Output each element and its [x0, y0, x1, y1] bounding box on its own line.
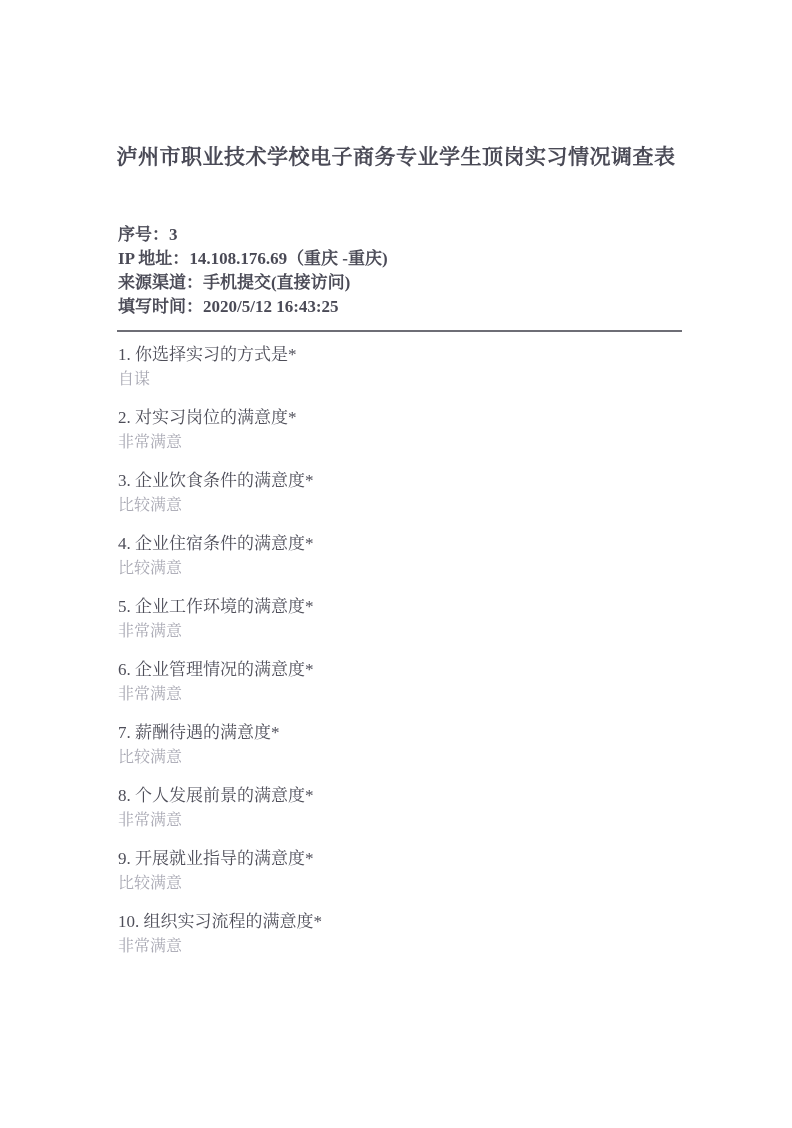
question-label: 6. 企业管理情况的满意度* — [118, 660, 792, 680]
question-item: 5. 企业工作环境的满意度* 非常满意 — [118, 597, 792, 641]
question-label: 7. 薪酬待遇的满意度* — [118, 723, 792, 743]
question-answer: 比较满意 — [118, 559, 792, 578]
question-item: 10. 组织实习流程的满意度* 非常满意 — [118, 912, 792, 956]
meta-time-value: 2020/5/12 16:43:25 — [203, 297, 339, 316]
meta-source-label: 来源渠道： — [118, 273, 203, 292]
question-label: 9. 开展就业指导的满意度* — [118, 849, 792, 869]
question-item: 2. 对实习岗位的满意度* 非常满意 — [118, 408, 792, 452]
question-answer: 比较满意 — [118, 496, 792, 515]
question-item: 4. 企业住宿条件的满意度* 比较满意 — [118, 534, 792, 578]
question-answer: 比较满意 — [118, 748, 792, 767]
question-answer: 非常满意 — [118, 937, 792, 956]
question-answer: 非常满意 — [118, 622, 792, 641]
question-answer: 非常满意 — [118, 811, 792, 830]
question-label: 10. 组织实习流程的满意度* — [118, 912, 792, 932]
question-answer: 自谋 — [118, 370, 792, 389]
question-label: 2. 对实习岗位的满意度* — [118, 408, 792, 428]
question-item: 6. 企业管理情况的满意度* 非常满意 — [118, 660, 792, 704]
question-label: 8. 个人发展前景的满意度* — [118, 786, 792, 806]
question-item: 7. 薪酬待遇的满意度* 比较满意 — [118, 723, 792, 767]
question-label: 4. 企业住宿条件的满意度* — [118, 534, 792, 554]
question-answer: 比较满意 — [118, 874, 792, 893]
meta-ip-address: IP 地址：14.108.176.69（重庆 -重庆) — [118, 247, 792, 271]
meta-serial-value: 3 — [169, 225, 178, 244]
question-answer: 非常满意 — [118, 685, 792, 704]
question-item: 1. 你选择实习的方式是* 自谋 — [118, 345, 792, 389]
meta-serial-label: 序号： — [118, 225, 169, 244]
question-list: 1. 你选择实习的方式是* 自谋 2. 对实习岗位的满意度* 非常满意 3. 企… — [118, 345, 792, 956]
meta-serial-number: 序号：3 — [118, 223, 792, 247]
question-label: 5. 企业工作环境的满意度* — [118, 597, 792, 617]
page-title: 泸州市职业技术学校电子商务专业学生顶岗实习情况调查表 — [0, 0, 792, 171]
question-item: 3. 企业饮食条件的满意度* 比较满意 — [118, 471, 792, 515]
question-answer: 非常满意 — [118, 433, 792, 452]
horizontal-divider — [117, 330, 682, 332]
question-item: 9. 开展就业指导的满意度* 比较满意 — [118, 849, 792, 893]
meta-time-label: 填写时间： — [118, 297, 203, 316]
meta-ip-value: 14.108.176.69（重庆 -重庆) — [189, 249, 387, 268]
meta-ip-label: IP 地址： — [118, 249, 189, 268]
question-label: 3. 企业饮食条件的满意度* — [118, 471, 792, 491]
response-meta: 序号：3 IP 地址：14.108.176.69（重庆 -重庆) 来源渠道：手机… — [118, 223, 792, 319]
meta-fill-time: 填写时间：2020/5/12 16:43:25 — [118, 295, 792, 319]
meta-source-value: 手机提交(直接访问) — [203, 273, 350, 292]
question-label: 1. 你选择实习的方式是* — [118, 345, 792, 365]
meta-source-channel: 来源渠道：手机提交(直接访问) — [118, 271, 792, 295]
scanned-survey-page: 泸州市职业技术学校电子商务专业学生顶岗实习情况调查表 序号：3 IP 地址：14… — [0, 0, 792, 1128]
question-item: 8. 个人发展前景的满意度* 非常满意 — [118, 786, 792, 830]
